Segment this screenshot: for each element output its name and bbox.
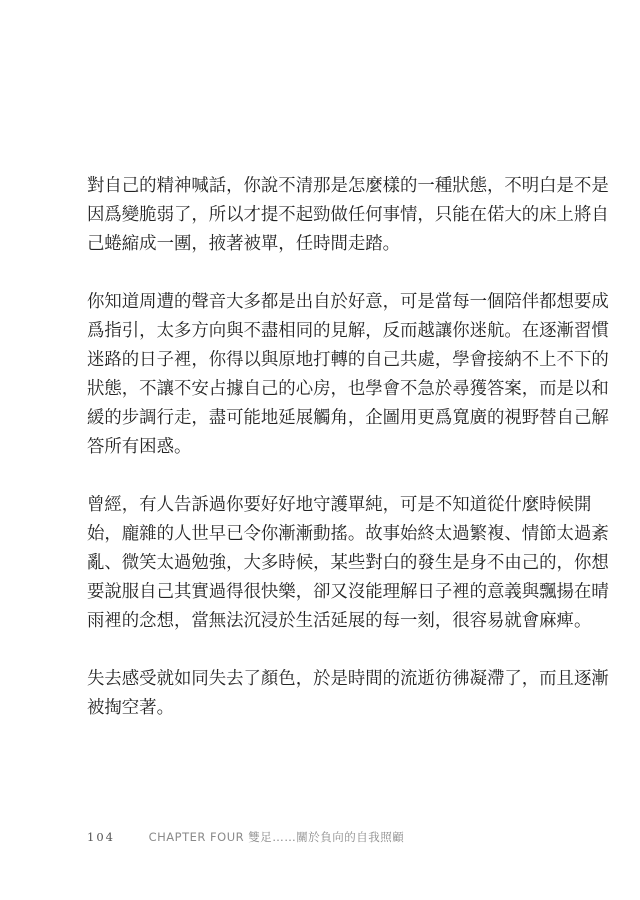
text-line: 答所有困惑。 xyxy=(87,433,527,462)
text-line: 緩的步調行走，盡可能地延展觸角，企圖用更爲寬廣的視野替自己解 xyxy=(87,404,527,433)
text-line: 迷路的日子裡，你得以與原地打轉的自己共處，學會接納不上不下的 xyxy=(87,346,527,375)
text-line: 失去感受就如同失去了顏色，於是時間的流逝彷彿凝滯了，而且逐漸 xyxy=(87,665,527,694)
body-text: 對自己的精神喊話，你說不清那是怎麼樣的一種狀態，不明白是不是 因爲變脆弱了，所以… xyxy=(87,172,527,752)
text-line: 被掏空著。 xyxy=(87,694,527,723)
text-line: 對自己的精神喊話，你說不清那是怎麼樣的一種狀態，不明白是不是 xyxy=(87,172,527,201)
text-line: 爲指引，太多方向與不盡相同的見解，反而越讓你迷航。在逐漸習慣 xyxy=(87,317,527,346)
text-line: 因爲變脆弱了，所以才提不起勁做任何事情，只能在偌大的床上將自 xyxy=(87,201,527,230)
text-line: 雨裡的念想，當無法沉浸於生活延展的每一刻，很容易就會麻痺。 xyxy=(87,607,527,636)
text-line: 己蜷縮成一團，掖著被單，任時間走踏。 xyxy=(87,230,527,259)
chapter-label: CHAPTER FOUR 雙足……關於負向的自我照顧 xyxy=(149,830,405,844)
text-line: 亂、微笑太過勉強，大多時候，某些對白的發生是身不由己的，你想 xyxy=(87,549,527,578)
page-number: 104 xyxy=(87,830,115,844)
text-line: 曾經，有人告訴過你要好好地守護單純，可是不知道從什麼時候開 xyxy=(87,491,527,520)
text-line: 狀態，不讓不安占據自己的心房，也學會不急於尋獲答案，而是以和 xyxy=(87,375,527,404)
paragraph-2: 你知道周遭的聲音大多都是出自於好意，可是當每一個陪伴都想要成 爲指引，太多方向與… xyxy=(87,288,527,462)
paragraph-4: 失去感受就如同失去了顏色，於是時間的流逝彷彿凝滯了，而且逐漸 被掏空著。 xyxy=(87,665,527,723)
text-line: 要說服自己其實過得很快樂，卻又沒能理解日子裡的意義與飄揚在晴 xyxy=(87,578,527,607)
page-footer: 104 CHAPTER FOUR 雙足……關於負向的自我照顧 xyxy=(87,829,404,845)
paragraph-1: 對自己的精神喊話，你說不清那是怎麼樣的一種狀態，不明白是不是 因爲變脆弱了，所以… xyxy=(87,172,527,259)
text-line: 你知道周遭的聲音大多都是出自於好意，可是當每一個陪伴都想要成 xyxy=(87,288,527,317)
text-line: 始，龐雜的人世早已令你漸漸動搖。故事始終太過繁複、情節太過紊 xyxy=(87,520,527,549)
paragraph-3: 曾經，有人告訴過你要好好地守護單純，可是不知道從什麼時候開 始，龐雜的人世早已令… xyxy=(87,491,527,636)
